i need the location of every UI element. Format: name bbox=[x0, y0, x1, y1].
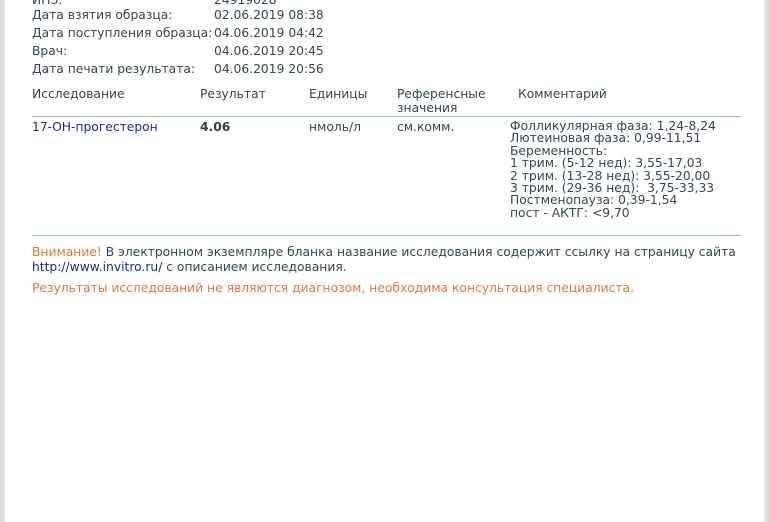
comment-line: 1 трим. (5-12 нед): 3,55-17,03 bbox=[510, 157, 716, 169]
column-header-comment: Комментарий bbox=[518, 87, 607, 101]
info-value: 04.06.2019 20:45 bbox=[214, 42, 324, 60]
comment-line: Постменопауза: 0,39-1,54 bbox=[510, 194, 716, 206]
column-header-result: Результат bbox=[200, 87, 266, 101]
column-header-test: Исследование bbox=[32, 87, 125, 101]
info-label: Дата взятия образца: bbox=[32, 6, 172, 24]
comment-line: пост - АКТГ: <9,70 bbox=[510, 207, 716, 219]
warning-label: Внимание! bbox=[32, 245, 102, 259]
info-value: 02.06.2019 08:38 bbox=[214, 6, 324, 24]
page-edge-left bbox=[0, 0, 5, 522]
disclaimer-text: Результаты исследований не являются диаг… bbox=[32, 281, 634, 295]
reference-value: см.комм. bbox=[397, 120, 454, 134]
info-label: Врач: bbox=[32, 42, 67, 60]
info-label: Дата поступления образца: bbox=[32, 24, 212, 42]
column-header-reference-line2: значения bbox=[397, 101, 486, 115]
result-value: 4.06 bbox=[200, 120, 230, 134]
notice-text: В электронном экземпляре бланка название… bbox=[102, 245, 736, 259]
units-value: нмоль/л bbox=[309, 120, 361, 134]
column-header-units: Единицы bbox=[309, 87, 367, 101]
test-name-link[interactable]: 17-ОН-прогестерон bbox=[32, 120, 158, 134]
info-value: 04.06.2019 04:42 bbox=[214, 24, 324, 42]
column-header-reference: Референсные значения bbox=[397, 87, 486, 115]
header-divider bbox=[32, 116, 740, 117]
info-value: 04.06.2019 20:56 bbox=[214, 60, 324, 78]
notice-line-2: http://www.invitro.ru/ с описанием иссле… bbox=[32, 260, 736, 275]
table-bottom-divider bbox=[32, 235, 740, 236]
info-label: Дата печати результата: bbox=[32, 60, 195, 78]
comment-line: Лютеиновая фаза: 0,99-11,51 bbox=[510, 132, 716, 144]
notice-text-2: с описанием исследования. bbox=[162, 260, 346, 274]
notice-line-1: Внимание! В электронном экземпляре бланк… bbox=[32, 245, 736, 260]
notice-block: Внимание! В электронном экземпляре бланк… bbox=[32, 245, 736, 275]
comment-cell: Фолликулярная фаза: 1,24-8,24 Лютеиновая… bbox=[510, 120, 716, 219]
page-edge-right bbox=[764, 0, 770, 522]
column-header-reference-line1: Референсные bbox=[397, 87, 486, 101]
invitro-site-link[interactable]: http://www.invitro.ru/ bbox=[32, 260, 162, 274]
